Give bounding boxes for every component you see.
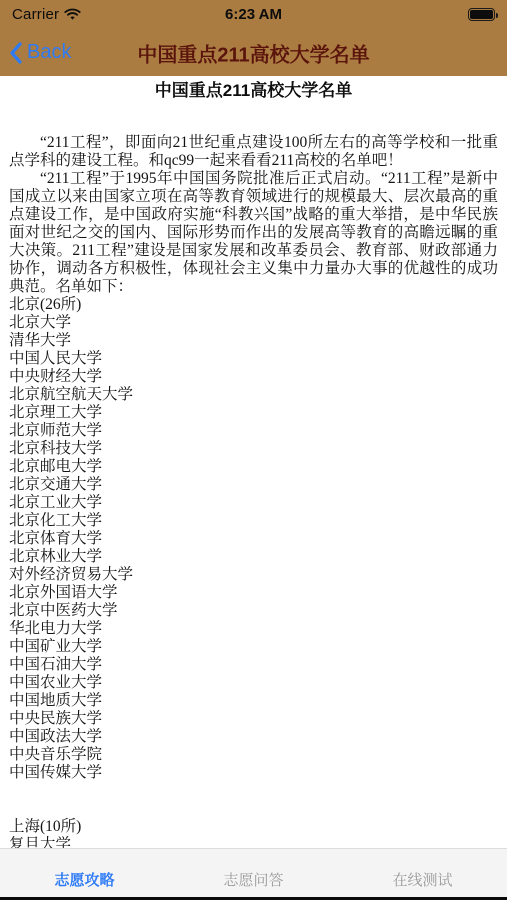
university-item: 中国矿业大学 bbox=[9, 638, 498, 656]
university-item: 北京外国语大学 bbox=[9, 584, 498, 602]
university-item: 北京邮电大学 bbox=[9, 458, 498, 476]
article-paragraphs: “211工程”，即面向21世纪重点建设100所左右的高等学校和一批重点学科的建设… bbox=[9, 134, 498, 296]
university-item: 中国传媒大学 bbox=[9, 764, 498, 782]
university-item: 华北电力大学 bbox=[9, 620, 498, 638]
battery-fill bbox=[470, 10, 493, 19]
paragraph: “211工程”于1995年中国国务院批准后正式启动。“211工程”是新中国成立以… bbox=[9, 170, 498, 296]
university-item: 中国人民大学 bbox=[9, 350, 498, 368]
battery-icon bbox=[468, 8, 495, 21]
status-right bbox=[369, 8, 495, 21]
app-screen: Carrier 6:23 AM Back bbox=[0, 0, 507, 900]
university-item: 北京交通大学 bbox=[9, 476, 498, 494]
tab-volunteer-qa[interactable]: 志愿问答 bbox=[169, 849, 338, 897]
nav-title: 中国重点211高校大学名单 bbox=[137, 38, 369, 67]
chevron-left-icon bbox=[9, 41, 22, 64]
university-item: 中央音乐学院 bbox=[9, 746, 498, 764]
university-item: 中国石油大学 bbox=[9, 656, 498, 674]
university-item: 对外经济贸易大学 bbox=[9, 566, 498, 584]
university-item: 清华大学 bbox=[9, 332, 498, 350]
university-item: 北京体育大学 bbox=[9, 530, 498, 548]
battery-cap bbox=[496, 13, 499, 18]
shanghai-section-header: 上海(10所) bbox=[9, 818, 498, 836]
status-time: 6:23 AM bbox=[138, 6, 369, 23]
status-bar: Carrier 6:23 AM bbox=[0, 0, 507, 29]
university-item: 中国政法大学 bbox=[9, 728, 498, 746]
university-item: 北京化工大学 bbox=[9, 512, 498, 530]
university-item: 北京理工大学 bbox=[9, 404, 498, 422]
beijing-section-header: 北京(26所) bbox=[9, 296, 498, 314]
document-title: 中国重点211高校大学名单 bbox=[9, 80, 498, 102]
back-label: Back bbox=[27, 41, 71, 64]
article-content[interactable]: 中国重点211高校大学名单 “211工程”，即面向21世纪重点建设100所左右的… bbox=[0, 76, 507, 848]
paragraph: “211工程”，即面向21世纪重点建设100所左右的高等学校和一批重点学科的建设… bbox=[9, 134, 498, 170]
back-button[interactable]: Back bbox=[9, 29, 71, 76]
university-item: 北京工业大学 bbox=[9, 494, 498, 512]
nav-bar: Back 中国重点211高校大学名单 bbox=[0, 29, 507, 76]
tab-online-test[interactable]: 在线测试 bbox=[338, 849, 507, 897]
university-item: 北京航空航天大学 bbox=[9, 386, 498, 404]
tab-volunteer-guide[interactable]: 志愿攻略 bbox=[0, 849, 169, 897]
university-item: 中国地质大学 bbox=[9, 692, 498, 710]
university-item: 复旦大学 bbox=[9, 836, 498, 848]
wifi-icon bbox=[64, 8, 81, 21]
tab-bar: 志愿攻略 志愿问答 在线测试 bbox=[0, 848, 507, 897]
university-item: 中国农业大学 bbox=[9, 674, 498, 692]
university-item: 北京师范大学 bbox=[9, 422, 498, 440]
carrier-label: Carrier bbox=[12, 6, 59, 23]
section-gap bbox=[9, 782, 498, 818]
university-item: 中央财经大学 bbox=[9, 368, 498, 386]
shanghai-university-list: 复旦大学 bbox=[9, 836, 498, 848]
university-item: 北京林业大学 bbox=[9, 548, 498, 566]
university-item: 北京大学 bbox=[9, 314, 498, 332]
university-item: 中央民族大学 bbox=[9, 710, 498, 728]
university-item: 北京中医药大学 bbox=[9, 602, 498, 620]
beijing-university-list: 北京大学 清华大学 中国人民大学 中央财经大学 北京航空航天大学 北京理工大学 … bbox=[9, 314, 498, 782]
university-item: 北京科技大学 bbox=[9, 440, 498, 458]
